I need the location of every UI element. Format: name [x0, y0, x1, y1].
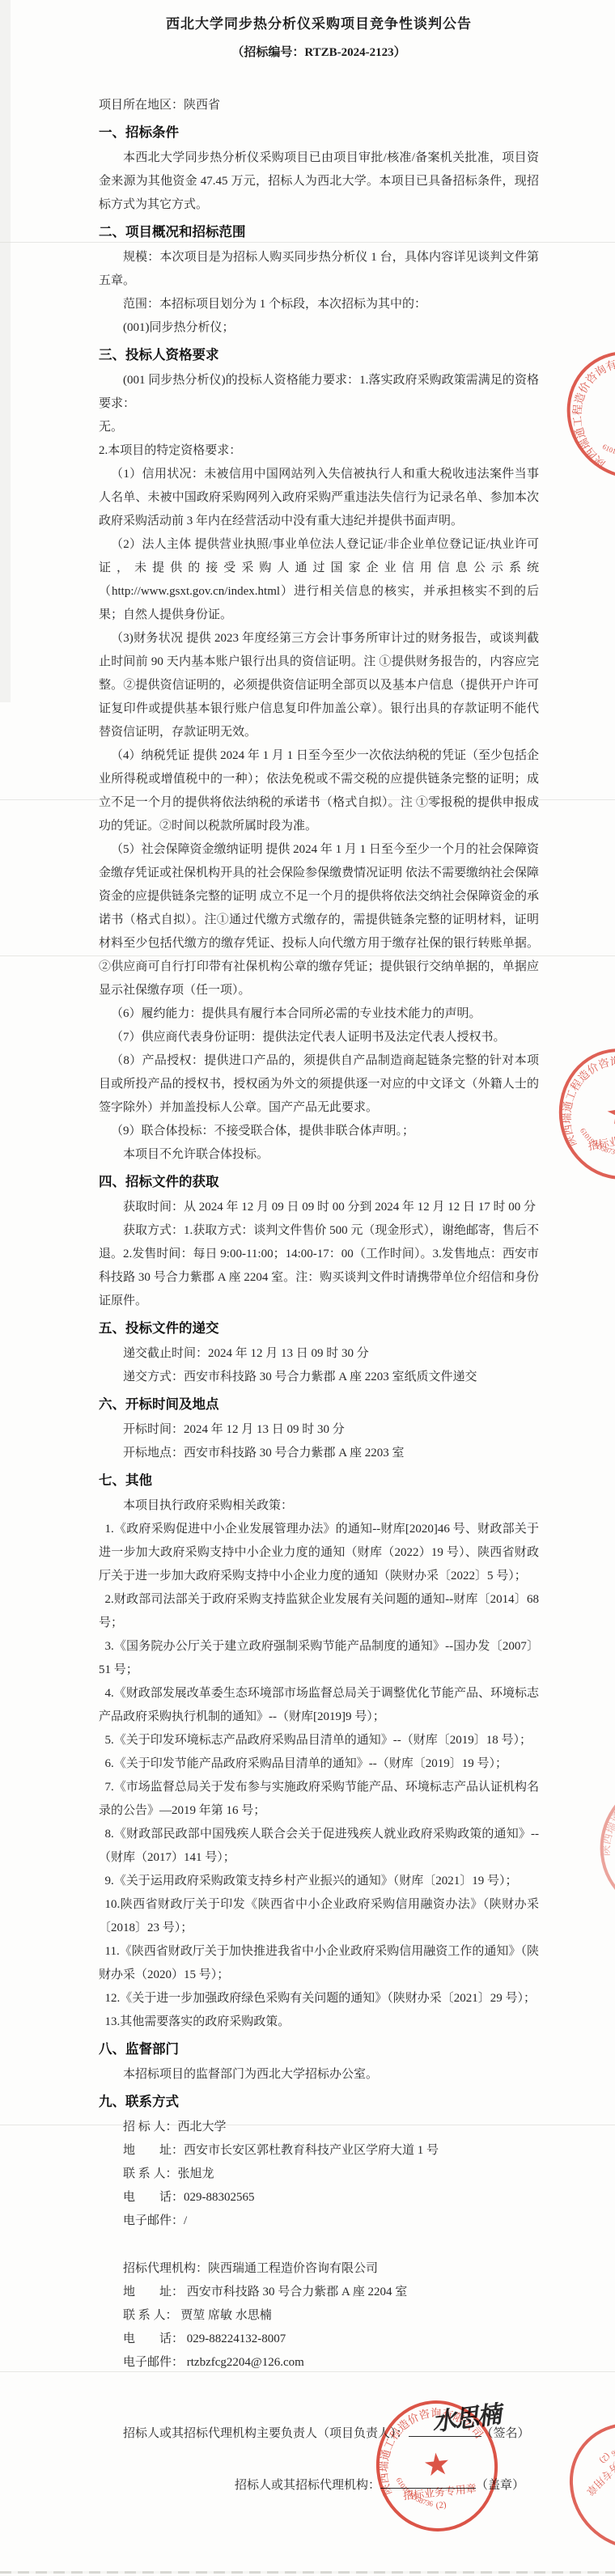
requirement-item: （7）供应商代表身份证明：提供法定代表人证明书及法定代表人授权书。: [99, 1026, 539, 1049]
policy-item: 9.《关于运用政府采购政策支持乡村产业振兴的通知》（财库〔2021〕19 号）；: [99, 1870, 539, 1893]
contact-line: 招 标 人：西北大学: [99, 2116, 539, 2139]
announcement-document-page: 西北大学同步热分析仪采购项目竞争性谈判公告 （招标编号：RTZB-2024-21…: [0, 0, 615, 2576]
paragraph: 规模：本次项目是为招标人购买同步热分析仪 1 台，具体内容详见谈判文件第五章。: [99, 246, 539, 293]
paragraph: 本西北大学同步热分析仪采购项目已由项目审批/核准/备案机关批准，项目资金来源为其…: [99, 146, 539, 217]
contact-line: 联 系 人：张旭龙: [99, 2163, 539, 2186]
section-heading: 一、招标条件: [99, 120, 539, 145]
section-heading: 三、投标人资格要求: [99, 342, 539, 367]
policy-item: 2.财政部司法部关于政府采购支持监狱企业发展有关问题的通知--财库〔2014〕6…: [99, 1588, 539, 1635]
tender-number: （招标编号：RTZB-2024-2123）: [99, 44, 539, 61]
paragraph: 获取方式：1.获取方式：谈判文件售价 500 元（现金形式），谢绝邮寄，售后不退…: [99, 1219, 539, 1313]
paragraph: 范围：本招标项目划分为 1 个标段，本次招标为其中的：: [99, 293, 539, 316]
paragraph: 开标时间：2024 年 12 月 13 日 09 时 30 分: [99, 1418, 539, 1442]
paragraph: 开标地点：西安市科技路 30 号合力紫郡 A 座 2203 室: [99, 1442, 539, 1465]
requirement-item: （8）产品授权：提供进口产品的，须提供自产品制造商起链条完整的针对本项目或所投产…: [99, 1049, 539, 1120]
policy-item: 12.《关于进一步加强政府绿色采购有关问题的通知》（陕财办采〔2021〕29 号…: [99, 1987, 539, 2010]
section-heading: 二、项目概况和招标范围: [99, 219, 539, 244]
requirement-item: （2）法人主体 提供营业执照/事业单位法人登记证/非企业单位登记证/执业许可证，…: [99, 533, 539, 627]
paragraph: 2.本项目的特定资格要求：: [99, 439, 539, 463]
contact-line: 电 话：029-88302565: [99, 2186, 539, 2210]
section-heading: 五、投标文件的递交: [99, 1316, 539, 1341]
requirement-item: （6）履约能力：提供具有履行本合同所必需的专业技术能力的声明。: [99, 1002, 539, 1026]
region-line: 项目所在地区：陕西省: [99, 94, 539, 117]
paragraph: (001 同步热分析仪)的投标人资格能力要求：1.落实政府采购政策需满足的资格要…: [99, 369, 539, 416]
requirement-item: （3)财务状况 提供 2023 年度经第三方会计事务所审计过的财务报告，或谈判截…: [99, 627, 539, 744]
stamp-sub-label: (2): [435, 2500, 447, 2510]
section-heading: 四、招标文件的获取: [99, 1169, 539, 1194]
requirement-item: （4）纳税凭证 提供 2024 年 1 月 1 日至今至少一次依法纳税的凭证（至…: [99, 744, 539, 838]
agency-seal-line: 招标人或其招标代理机构：（盖章）: [99, 2473, 539, 2498]
paragraph: (001)同步热分析仪；: [99, 316, 539, 340]
agency-seal-suffix: （盖章）: [476, 2479, 524, 2492]
page-title: 西北大学同步热分析仪采购项目竞争性谈判公告: [99, 15, 539, 34]
seal-underline: [380, 2476, 476, 2489]
section-heading: 六、开标时间及地点: [99, 1392, 539, 1417]
paragraph: 获取时间：从 2024 年 12 月 09 日 09 时 00 分到 2024 …: [99, 1196, 539, 1219]
blank-gap: [99, 2233, 539, 2257]
scan-bottom-edge: [0, 2571, 615, 2574]
agency-seal-label: 招标人或其招标代理机构：: [235, 2479, 380, 2492]
requirement-item: （1）信用状况：未被信用中国网站列入失信被执行人和重大税收违法案件当事人名单、未…: [99, 463, 539, 533]
policy-item: 7.《市场监督总局关于发布参与实施政府采购节能产品、环境标志产品认证机构名录的公…: [99, 1776, 539, 1823]
policy-item: 1.《政府采购促进中小企业发展管理办法》的通知--财库[2020]46 号、财政…: [99, 1518, 539, 1588]
policy-item: 10.陕西省财政厅关于印发《陕西省中小企业政府采购信用融资办法》（陕财办采〔20…: [99, 1893, 539, 1940]
signature-area: 招标人或其招标代理机构主要负责人（项目负责人）：（签名） 水思楠 招标人或其招标…: [99, 2421, 539, 2498]
principal-signature-label: 招标人或其招标代理机构主要负责人（项目负责人）：: [123, 2427, 409, 2440]
contact-line: 地 址：西安市长安区郭杜教育科技产业区学府大道 1 号: [99, 2139, 539, 2163]
contact-line: 电子邮件： rtzbzfcg2204@126.com: [99, 2351, 539, 2375]
paragraph: 递交截止时间：2024 年 12 月 13 日 09 时 30 分: [99, 1342, 539, 1366]
policy-item: 11.《陕西省财政厅关于加快推进我省中小企业政府采购信用融资工作的通知》（陕财办…: [99, 1940, 539, 1987]
policy-item: 4.《财政部发展改革委生态环境部市场监督总局关于调整优化节能产品、环境标志产品政…: [99, 1682, 539, 1729]
contact-line: 招标代理机构：陕西瑞通工程造价咨询有限公司: [99, 2257, 539, 2281]
policy-item: 5.《关于印发环境标志产品政府采购品目清单的通知》--（财库〔2019〕18 号…: [99, 1729, 539, 1752]
section-heading: 七、其他: [99, 1468, 539, 1493]
paragraph: 本项目不允许联合体投标。: [99, 1143, 539, 1167]
paragraph: 递交方式：西安市科技路 30 号合力紫郡 A 座 2203 室纸质文件递交: [99, 1366, 539, 1389]
paragraph: 本项目执行政府采购相关政策：: [99, 1494, 539, 1518]
policy-item: 3.《国务院办公厅关于建立政府强制采购节能产品制度的通知》--国办发〔2007〕…: [99, 1635, 539, 1682]
principal-signature-line: 招标人或其招标代理机构主要负责人（项目负责人）：（签名） 水思楠: [99, 2421, 539, 2446]
contact-line: 电 话： 029-88224132-8007: [99, 2328, 539, 2351]
contact-line: 电子邮件：/: [99, 2210, 539, 2233]
paragraph: 本招标项目的监督部门为西北大学招标办公室。: [99, 2063, 539, 2087]
document-content: 西北大学同步热分析仪采购项目竞争性谈判公告 （招标编号：RTZB-2024-21…: [0, 10, 615, 2498]
policy-item: 6.《关于印发节能产品政府采购品目清单的通知》--（财库〔2019〕19 号）；: [99, 1752, 539, 1776]
section-heading: 八、监督部门: [99, 2036, 539, 2061]
section-heading: 九、联系方式: [99, 2089, 539, 2114]
policy-item: 13.其他需要落实的政府采购政策。: [99, 2010, 539, 2034]
contact-line: 联 系 人： 贾堃 席敏 水思楠: [99, 2304, 539, 2328]
requirement-item: （9）联合体投标：不接受联合体，提供非联合体声明。；: [99, 1120, 539, 1143]
contact-line: 地 址： 西安市科技路 30 号合力紫郡 A 座 2204 室: [99, 2281, 539, 2304]
policy-item: 8.《财政部民政部中国残疾人联合会关于促进残疾人就业政府采购政策的通知》--（财…: [99, 1823, 539, 1870]
paragraph: 无。: [99, 416, 539, 439]
requirement-item: （5）社会保障资金缴纳证明 提供 2024 年 1 月 1 日至今至少一个月的社…: [99, 838, 539, 1002]
